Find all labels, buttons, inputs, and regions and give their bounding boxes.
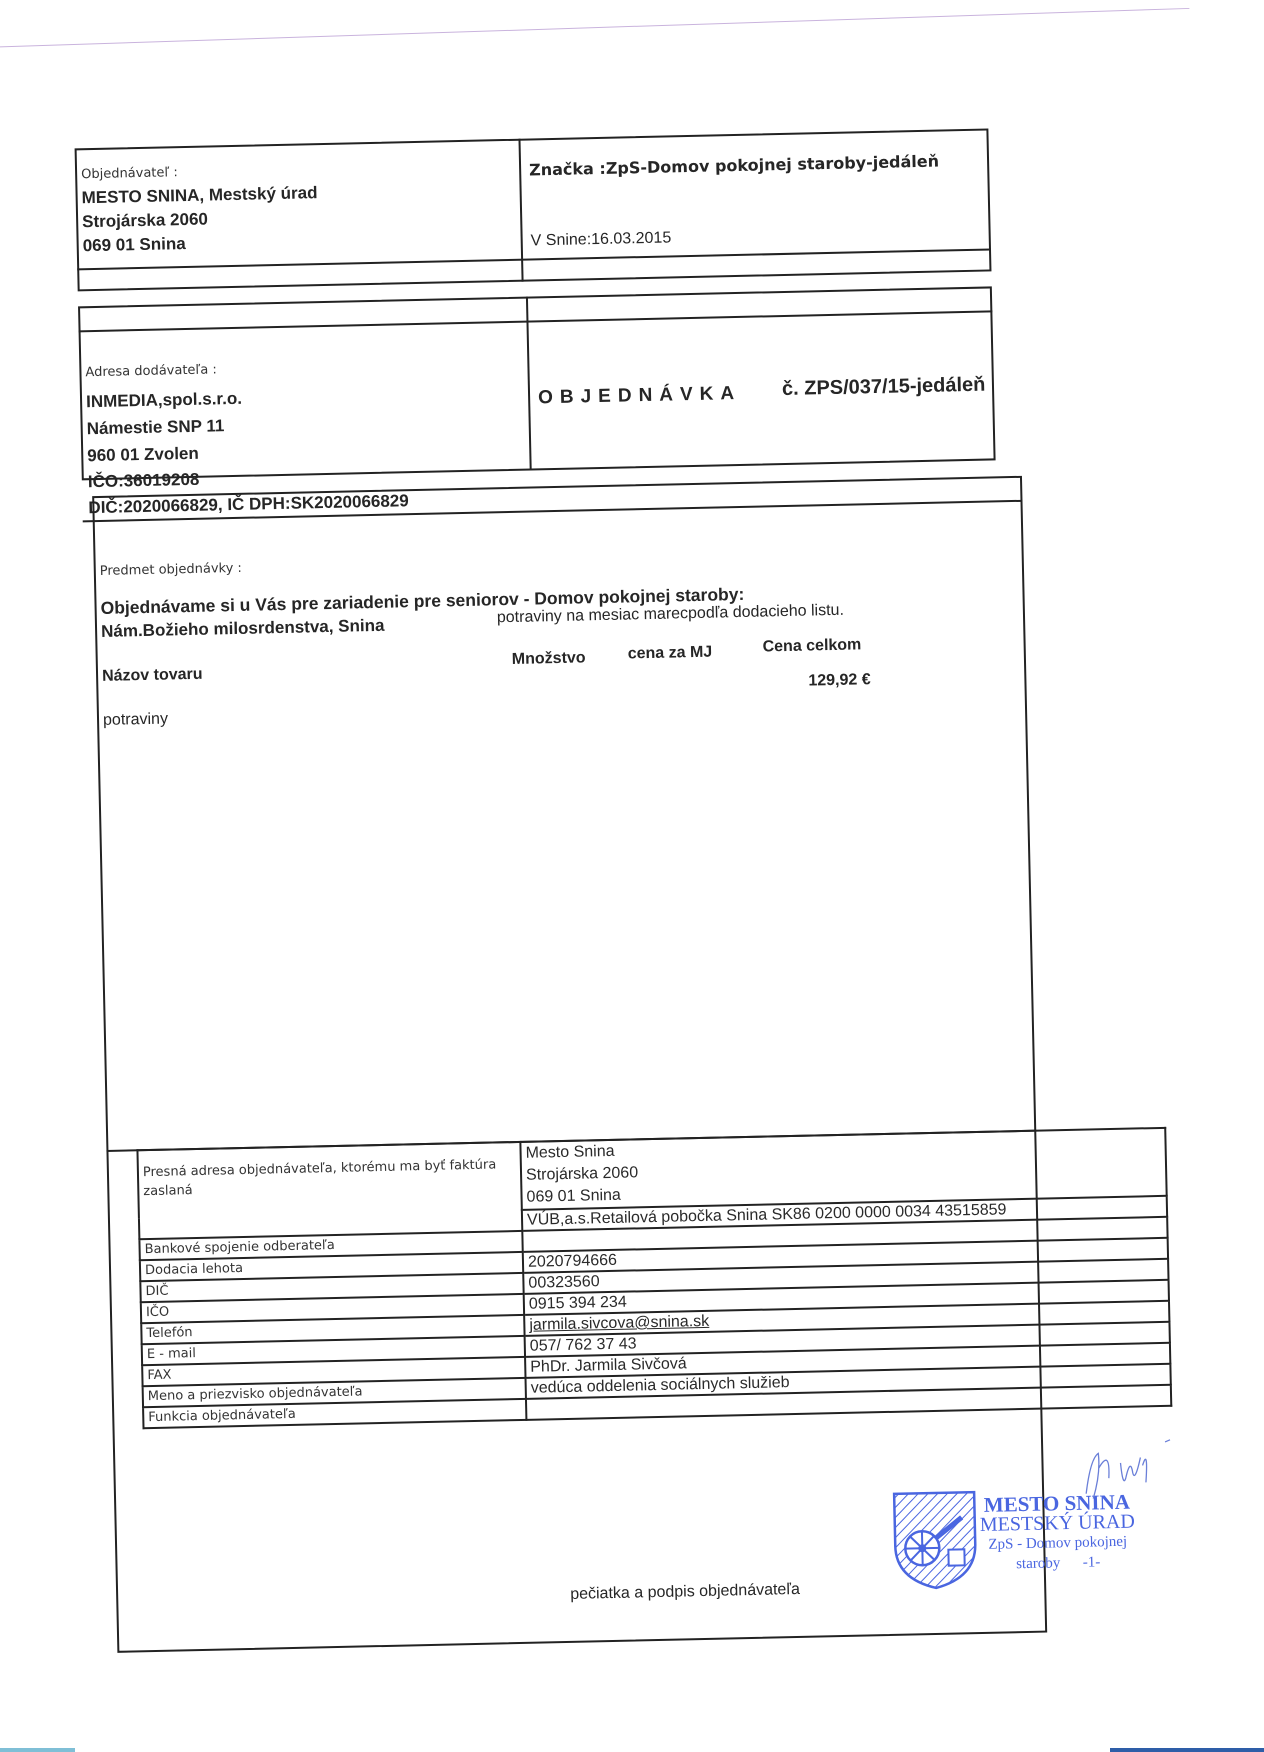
stamp-line-4: staroby -1- — [980, 1552, 1135, 1575]
coat-of-arms-icon — [891, 1489, 979, 1591]
column-total: Cena celkom — [762, 636, 861, 656]
orderer-city: 069 01 Snina — [82, 234, 185, 256]
supplier-ico: IČO:36019208 — [88, 470, 200, 492]
column-unit-price: cena za MJ — [628, 644, 713, 664]
scan-margin-left — [0, 1748, 75, 1752]
scan-margin-right — [1110, 1748, 1264, 1752]
orderer-street: Strojárska 2060 — [82, 210, 208, 233]
stamp-line-4-text: staroby — [1016, 1555, 1061, 1572]
stamp-line-3: ZpS - Domov pokojnej — [980, 1532, 1135, 1555]
order-document: Objednávateľ : MESTO SNINA, Mestský úrad… — [0, 0, 1264, 1752]
subject-label: Predmet objednávky : — [100, 561, 242, 579]
column-quantity: Množstvo — [512, 649, 586, 669]
invoice-address-label: Presná adresa objednávateľa, ktorému ma … — [137, 1142, 522, 1239]
column-item: Názov tovaru — [102, 666, 203, 686]
details-table: Presná adresa objednávateľa, ktorému ma … — [136, 1127, 1172, 1429]
stamp-page-number: -1- — [1083, 1554, 1101, 1570]
item-total: 129,92 € — [808, 671, 871, 690]
item-name: potraviny — [103, 711, 168, 730]
supplier-label: Adresa dodávateľa : — [85, 362, 217, 380]
place-date: V Snine:16.03.2015 — [531, 229, 672, 250]
orderer-label: Objednávateľ : — [81, 165, 178, 182]
order-number: č. ZPS/037/15-jedáleň — [782, 374, 986, 401]
supplier-street: Námestie SNP 11 — [86, 416, 224, 439]
handwritten-signature-icon — [1070, 1437, 1182, 1509]
supplier-city: 960 01 Zvolen — [87, 444, 199, 466]
email-link[interactable]: jarmila.sivcova@snina.sk — [529, 1313, 709, 1334]
supplier-name: INMEDIA,spol.s.r.o. — [86, 389, 242, 412]
order-title: OBJEDNÁVKA — [538, 383, 741, 409]
